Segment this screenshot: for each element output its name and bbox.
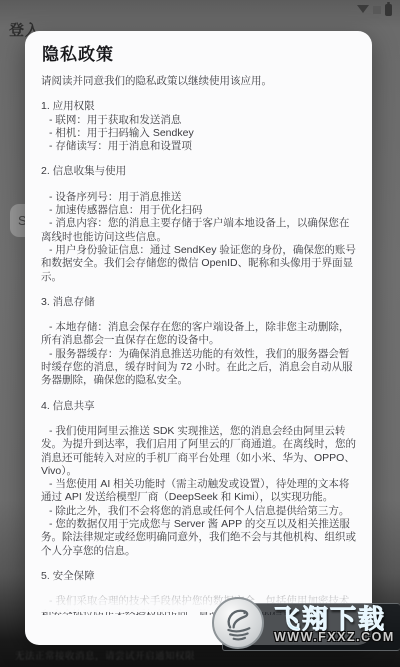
section-heading: 4. 信息共享	[41, 400, 359, 413]
policy-sections: 1. 应用权限- 联网：用于获取和发送消息- 相机：用于扫码输入 Sendkey…	[41, 100, 359, 615]
policy-bullet: - 用户身份验证信息：通过 SendKey 验证您的身份，确保您的账号和数据安全…	[41, 244, 359, 284]
policy-bullet: - 联网：用于获取和发送消息	[41, 114, 359, 127]
section-heading: 1. 应用权限	[41, 100, 359, 113]
policy-bullet: - 服务器缓存：为确保消息推送功能的有效性，我们的服务器会暂时缓存您的消息，缓存…	[41, 348, 359, 388]
fxxz-logo-icon	[212, 597, 264, 649]
wifi-icon	[357, 5, 369, 13]
battery-icon	[385, 4, 392, 16]
policy-bullet: - 存储读写：用于消息和设置项	[41, 140, 359, 153]
section-heading: 2. 信息收集与使用	[41, 165, 359, 178]
policy-scroll-area[interactable]: 请阅读并同意我们的隐私政策以继续使用该应用。 1. 应用权限- 联网：用于获取和…	[25, 75, 372, 615]
section-heading: 5. 安全保障	[41, 570, 359, 583]
policy-bullet: - 相机：用于扫码输入 Sendkey	[41, 127, 359, 140]
policy-bullet: - 当您使用 AI 相关功能时（需主动触发或设置），待处理的文本将通过 API …	[41, 478, 359, 505]
policy-bullet: - 加速传感器信息：用于优化扫码	[41, 204, 359, 217]
policy-bullet: - 设备序列号：用于消息推送	[41, 191, 359, 204]
status-bar	[0, 0, 400, 18]
policy-bullet: - 我们使用阿里云推送 SDK 实现推送，您的消息会经由阿里云转发。为提升到达率…	[41, 425, 359, 478]
privacy-policy-dialog: 隐私政策 请阅读并同意我们的隐私政策以继续使用该应用。 1. 应用权限- 联网：…	[25, 31, 372, 645]
policy-bullet: - 除此之外，我们不会将您的消息或任何个人信息提供给第三方。	[41, 505, 359, 518]
policy-bullet: - 您的数据仅用于完成您与 Server 酱 APP 的交互以及相关推送服务。除…	[41, 518, 359, 558]
signal-icon	[373, 6, 381, 14]
policy-intro: 请阅读并同意我们的隐私政策以继续使用该应用。	[41, 75, 359, 88]
dialog-title: 隐私政策	[42, 44, 358, 66]
fxxz-watermark: 飞翔下载 WWW.FXXZ.COM	[212, 597, 400, 652]
policy-bullet: - 消息内容：您的消息主要存储于客户端本地设备上，以确保您在离线时也能访问这些信…	[41, 217, 359, 244]
background-footer-hint: 无法正常接收消息，请尝试开启通知权限	[15, 648, 245, 662]
policy-bullet: - 本地存储：消息会保存在您的客户端设备上，除非您主动删除，所有消息都会一直保存…	[41, 321, 359, 348]
section-heading: 3. 消息存储	[41, 296, 359, 309]
watermark-site-url: WWW.FXXZ.COM	[274, 630, 395, 644]
